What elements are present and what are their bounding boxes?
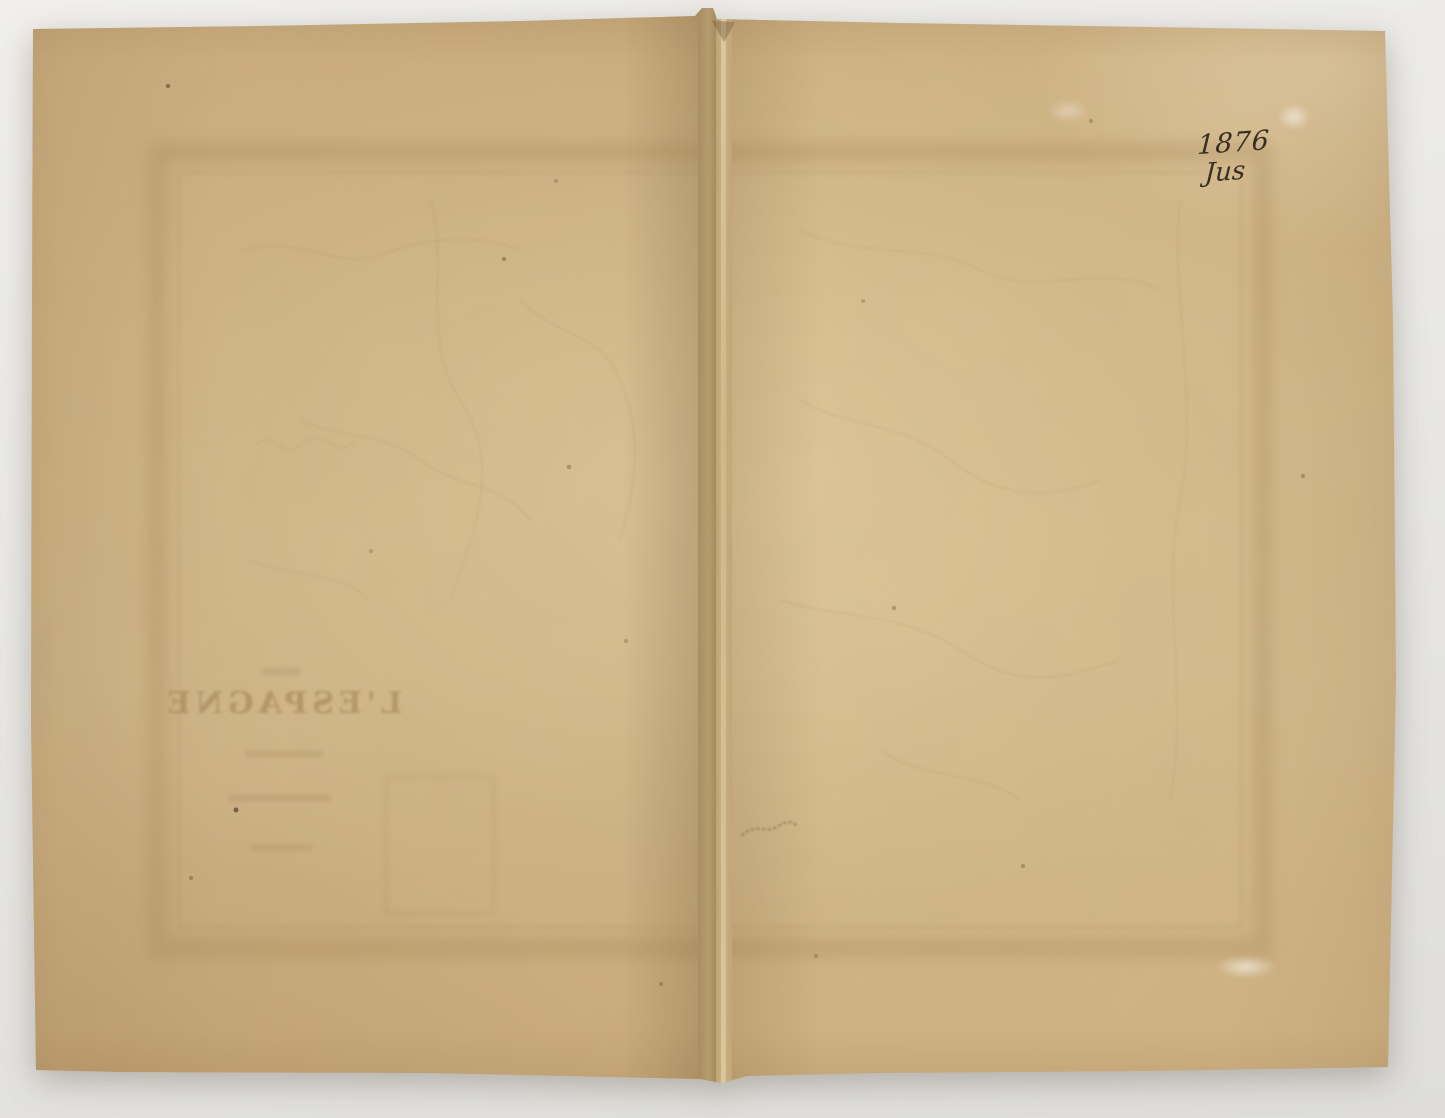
- photograph-of-map-verso: L'ESPAGNE 1876 Jus: [0, 0, 1445, 1118]
- paper-grain-texture: [0, 0, 1445, 1118]
- paper-sheet: L'ESPAGNE 1876 Jus: [0, 0, 1445, 1118]
- foxing-specks: [0, 0, 2, 2]
- paper-sheet-shadow-wrap: L'ESPAGNE 1876 Jus: [0, 0, 1445, 1118]
